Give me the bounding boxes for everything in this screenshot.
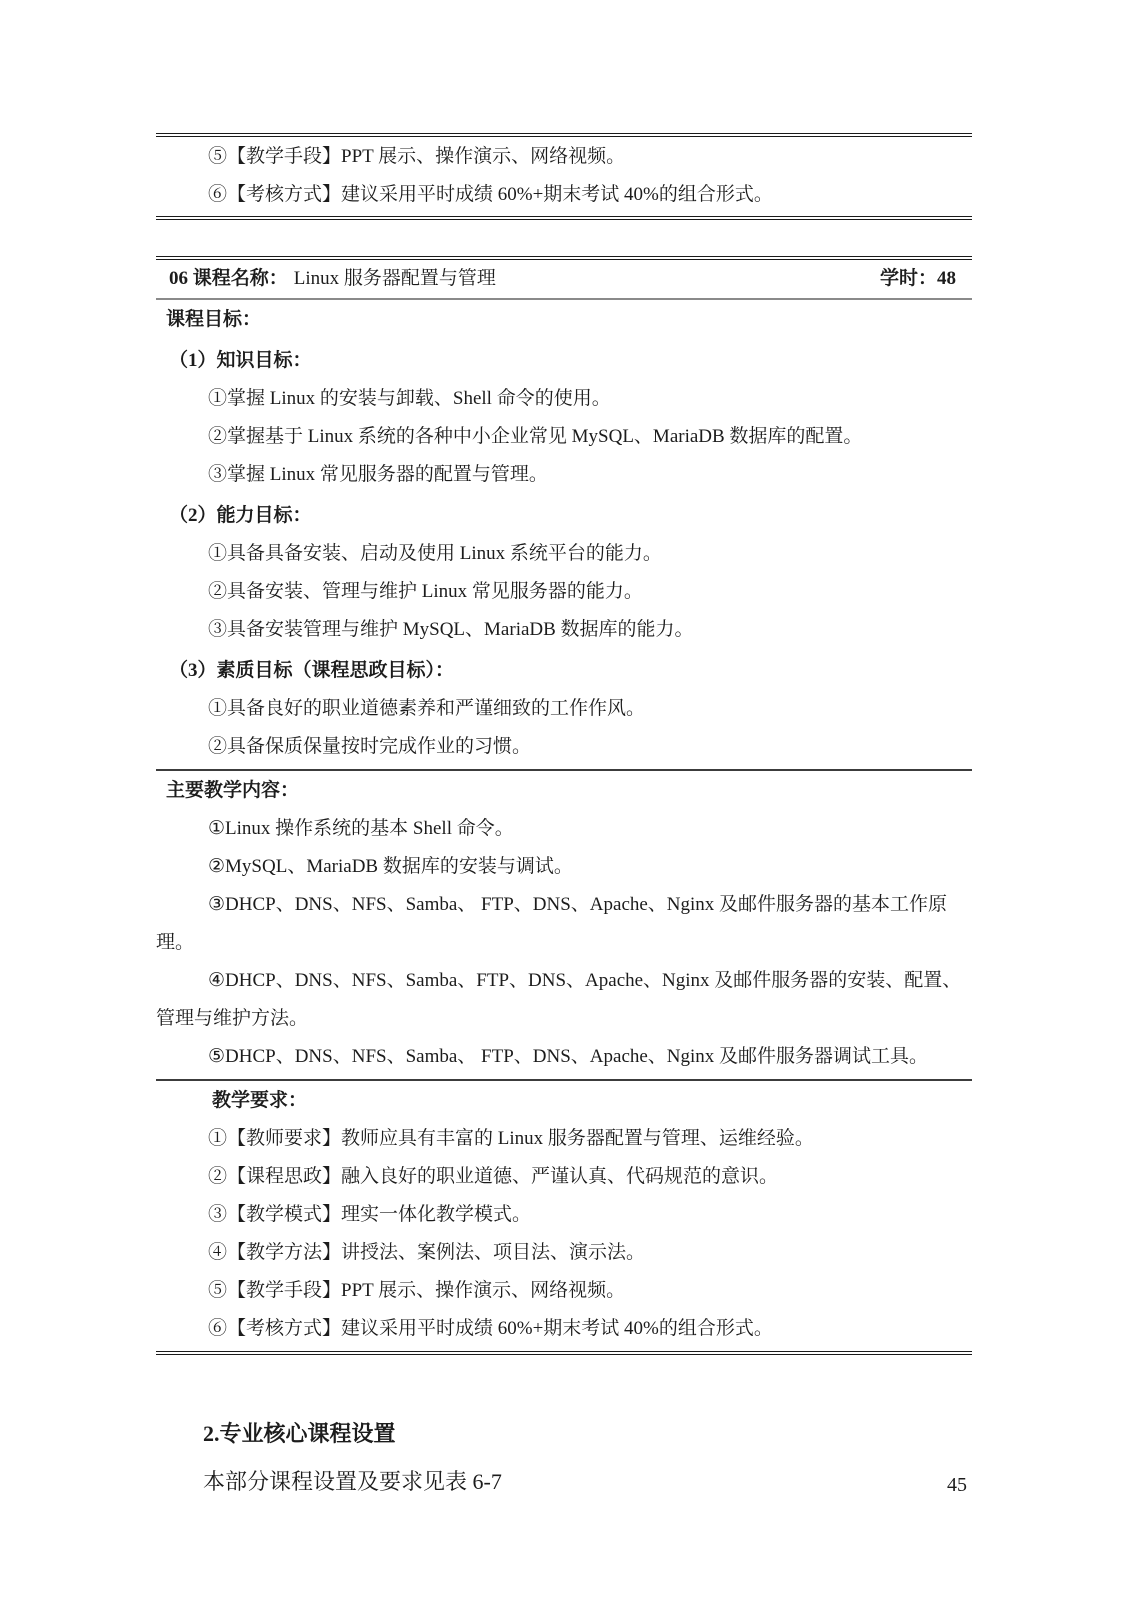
teaching-content-title: 主要教学内容： xyxy=(156,772,972,810)
teaching-requirement-item: ⑤【教学手段】PPT 展示、操作演示、网络视频。 xyxy=(156,1272,972,1310)
teaching-requirements-section: 教学要求： ①【教师要求】教师应具有丰富的 Linux 服务器配置与管理、运维经… xyxy=(156,1079,972,1351)
fragment-row-assessment: ⑥【考核方式】建议采用平时成绩 60%+期末考试 40%的组合形式。 xyxy=(156,176,972,214)
teaching-requirement-item: ①【教师要求】教师应具有丰富的 Linux 服务器配置与管理、运维经验。 xyxy=(156,1120,972,1158)
knowledge-goal-item: ②掌握基于 Linux 系统的各种中小企业常见 MySQL、MariaDB 数据… xyxy=(156,418,972,456)
fragment-row-teaching-means: ⑤【教学手段】PPT 展示、操作演示、网络视频。 xyxy=(156,138,972,176)
document-page: ⑤【教学手段】PPT 展示、操作演示、网络视频。 ⑥【考核方式】建议采用平时成绩… xyxy=(0,0,1131,1600)
page-number: 45 xyxy=(947,1474,967,1496)
teaching-content-section: 主要教学内容： ①Linux 操作系统的基本 Shell 命令。 ②MySQL、… xyxy=(156,769,972,1079)
quality-goal-item: ②具备保质保量按时完成作业的习惯。 xyxy=(156,728,972,766)
teaching-requirement-item: ②【课程思政】融入良好的职业道德、严谨认真、代码规范的意识。 xyxy=(156,1158,972,1196)
ability-goal-item: ②具备安装、管理与维护 Linux 常见服务器的能力。 xyxy=(156,573,972,611)
core-course-heading: 2.专业核心课程设置 xyxy=(203,1419,972,1449)
teaching-requirements-title: 教学要求： xyxy=(156,1082,972,1120)
teaching-content-item: ③DHCP、DNS、NFS、Samba、 FTP、DNS、Apache、Ngin… xyxy=(156,886,972,962)
knowledge-goal-item: ①掌握 Linux 的安装与卸载、Shell 命令的使用。 xyxy=(156,380,972,418)
core-course-intro: 本部分课程设置及要求见表 6-7 xyxy=(203,1467,972,1497)
previous-course-table-fragment: ⑤【教学手段】PPT 展示、操作演示、网络视频。 ⑥【考核方式】建议采用平时成绩… xyxy=(156,133,972,220)
course-goals-section: 课程目标： （1）知识目标： ①掌握 Linux 的安装与卸载、Shell 命令… xyxy=(156,300,972,769)
teaching-content-item: ①Linux 操作系统的基本 Shell 命令。 xyxy=(156,810,972,848)
core-course-section: 2.专业核心课程设置 本部分课程设置及要求见表 6-7 xyxy=(156,1419,972,1497)
goals-section-title: 课程目标： xyxy=(156,301,972,339)
ability-goals-title: （2）能力目标： xyxy=(156,497,972,535)
teaching-requirement-item: ④【教学方法】讲授法、案例法、项目法、演示法。 xyxy=(156,1234,972,1272)
course-title-group: 06 课程名称： Linux 服务器配置与管理 xyxy=(169,260,496,298)
course-hours: 学时：48 xyxy=(880,260,956,298)
course-table: 06 课程名称： Linux 服务器配置与管理 学时：48 课程目标： （1）知… xyxy=(156,256,972,1355)
teaching-requirement-item: ⑥【考核方式】建议采用平时成绩 60%+期末考试 40%的组合形式。 xyxy=(156,1310,972,1348)
ability-goal-item: ①具备具备安装、启动及使用 Linux 系统平台的能力。 xyxy=(156,535,972,573)
teaching-content-item: ②MySQL、MariaDB 数据库的安装与调试。 xyxy=(156,848,972,886)
knowledge-goal-item: ③掌握 Linux 常见服务器的配置与管理。 xyxy=(156,456,972,494)
course-name: Linux 服务器配置与管理 xyxy=(294,260,496,298)
course-number-label: 06 课程名称： xyxy=(169,260,288,298)
course-header-row: 06 课程名称： Linux 服务器配置与管理 学时：48 xyxy=(156,260,972,300)
quality-goal-item: ①具备良好的职业道德素养和严谨细致的工作作风。 xyxy=(156,690,972,728)
teaching-content-item: ⑤DHCP、DNS、NFS、Samba、 FTP、DNS、Apache、Ngin… xyxy=(156,1038,972,1076)
teaching-content-item: ④DHCP、DNS、NFS、Samba、FTP、DNS、Apache、Nginx… xyxy=(156,962,972,1038)
ability-goal-item: ③具备安装管理与维护 MySQL、MariaDB 数据库的能力。 xyxy=(156,611,972,649)
knowledge-goals-title: （1）知识目标： xyxy=(156,342,972,380)
quality-goals-title: （3）素质目标（课程思政目标）： xyxy=(156,652,972,690)
document-content: ⑤【教学手段】PPT 展示、操作演示、网络视频。 ⑥【考核方式】建议采用平时成绩… xyxy=(156,0,972,1497)
teaching-requirement-item: ③【教学模式】理实一体化教学模式。 xyxy=(156,1196,972,1234)
